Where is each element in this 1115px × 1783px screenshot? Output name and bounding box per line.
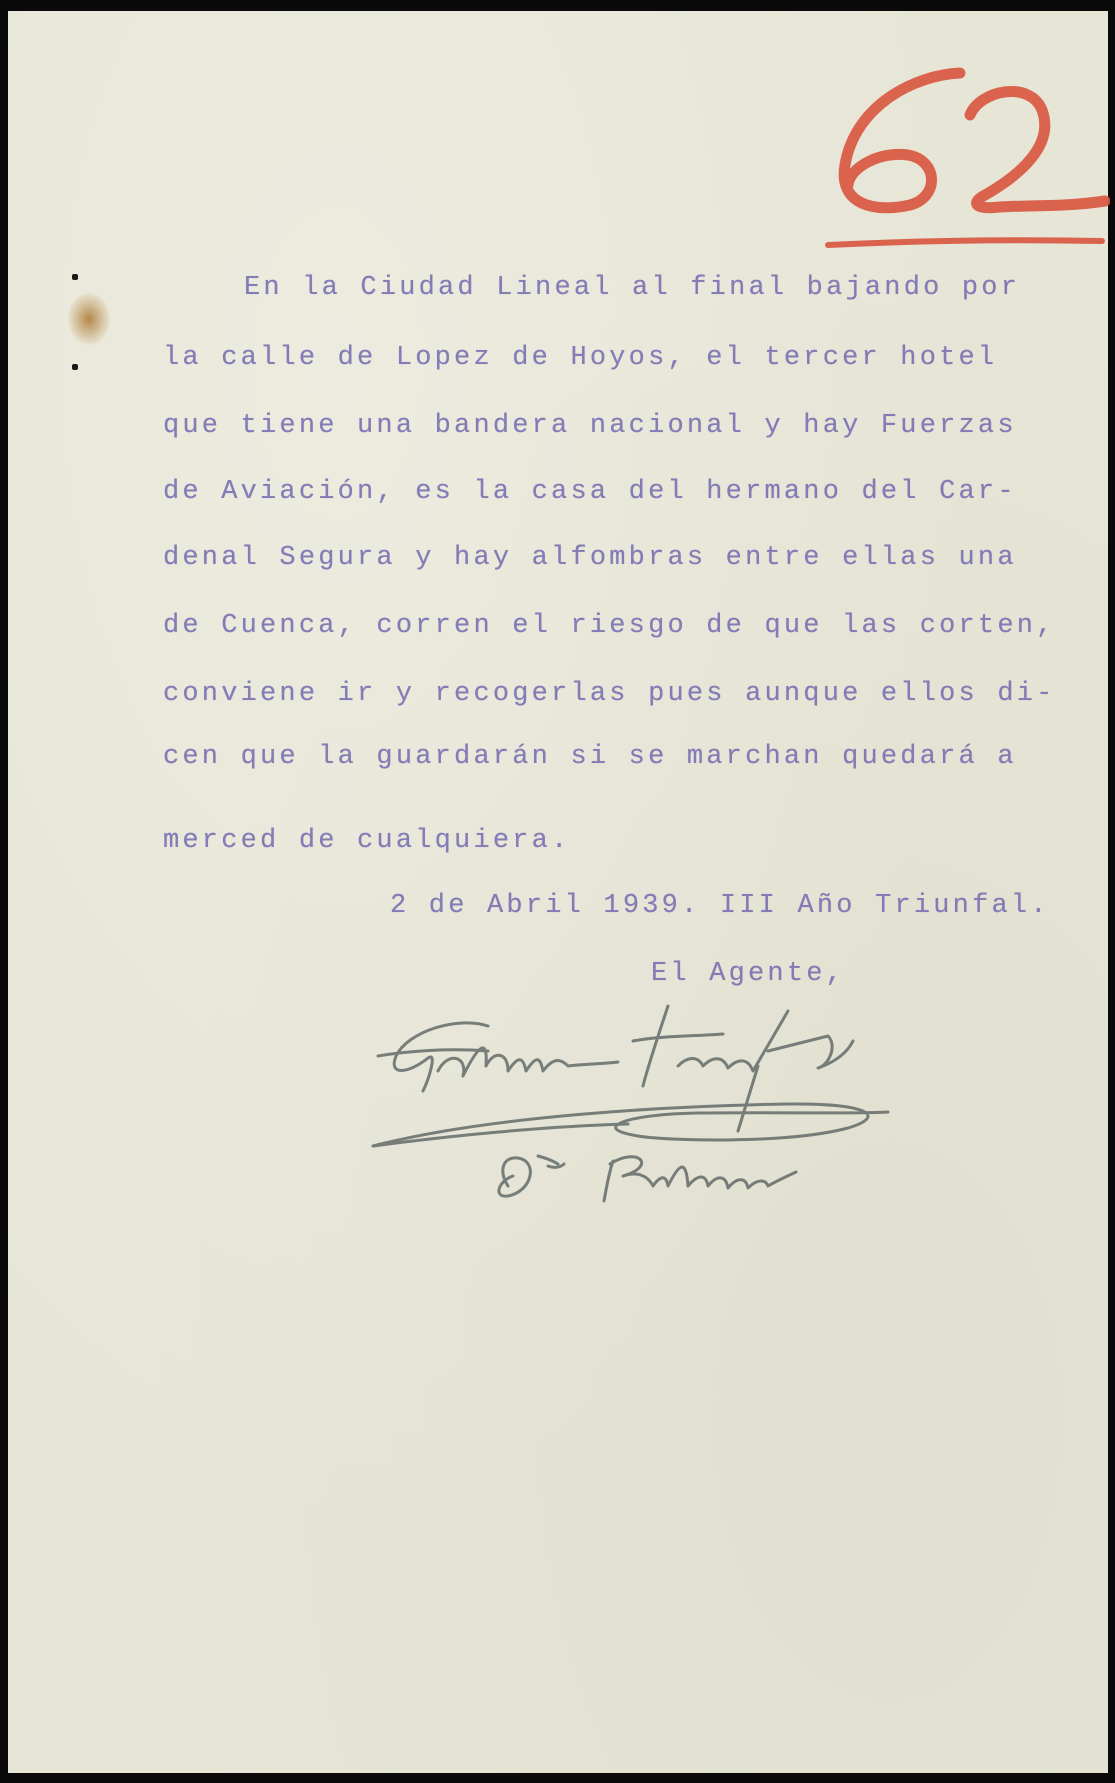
body-line-5: denal Segura y hay alfombras entre ellas… xyxy=(163,543,1017,573)
punch-mark-top xyxy=(72,274,78,280)
handwritten-signature xyxy=(368,996,1048,1216)
folio-number-62 xyxy=(820,55,1110,255)
date-line: 2 de Abril 1939. III Año Triunfal. xyxy=(390,891,1050,921)
body-line-7: conviene ir y recogerlas pues aunque ell… xyxy=(163,679,1056,709)
body-line-4: de Aviación, es la casa del hermano del … xyxy=(163,477,1017,507)
body-line-3: que tiene una bandera nacional y hay Fue… xyxy=(163,411,1017,441)
body-line-8: cen que la guardarán si se marchan queda… xyxy=(163,742,1017,772)
paper-stain xyxy=(68,293,110,345)
closing-line: El Agente, xyxy=(651,959,845,989)
punch-mark-bottom xyxy=(72,364,78,370)
document-page: En la Ciudad Lineal al final bajando por… xyxy=(8,11,1108,1773)
body-line-9: merced de cualquiera. xyxy=(163,826,570,856)
body-line-1: En la Ciudad Lineal al final bajando por xyxy=(244,273,1020,303)
body-line-2: la calle de Lopez de Hoyos, el tercer ho… xyxy=(163,343,997,373)
body-line-6: de Cuenca, corren el riesgo de que las c… xyxy=(163,611,1056,641)
